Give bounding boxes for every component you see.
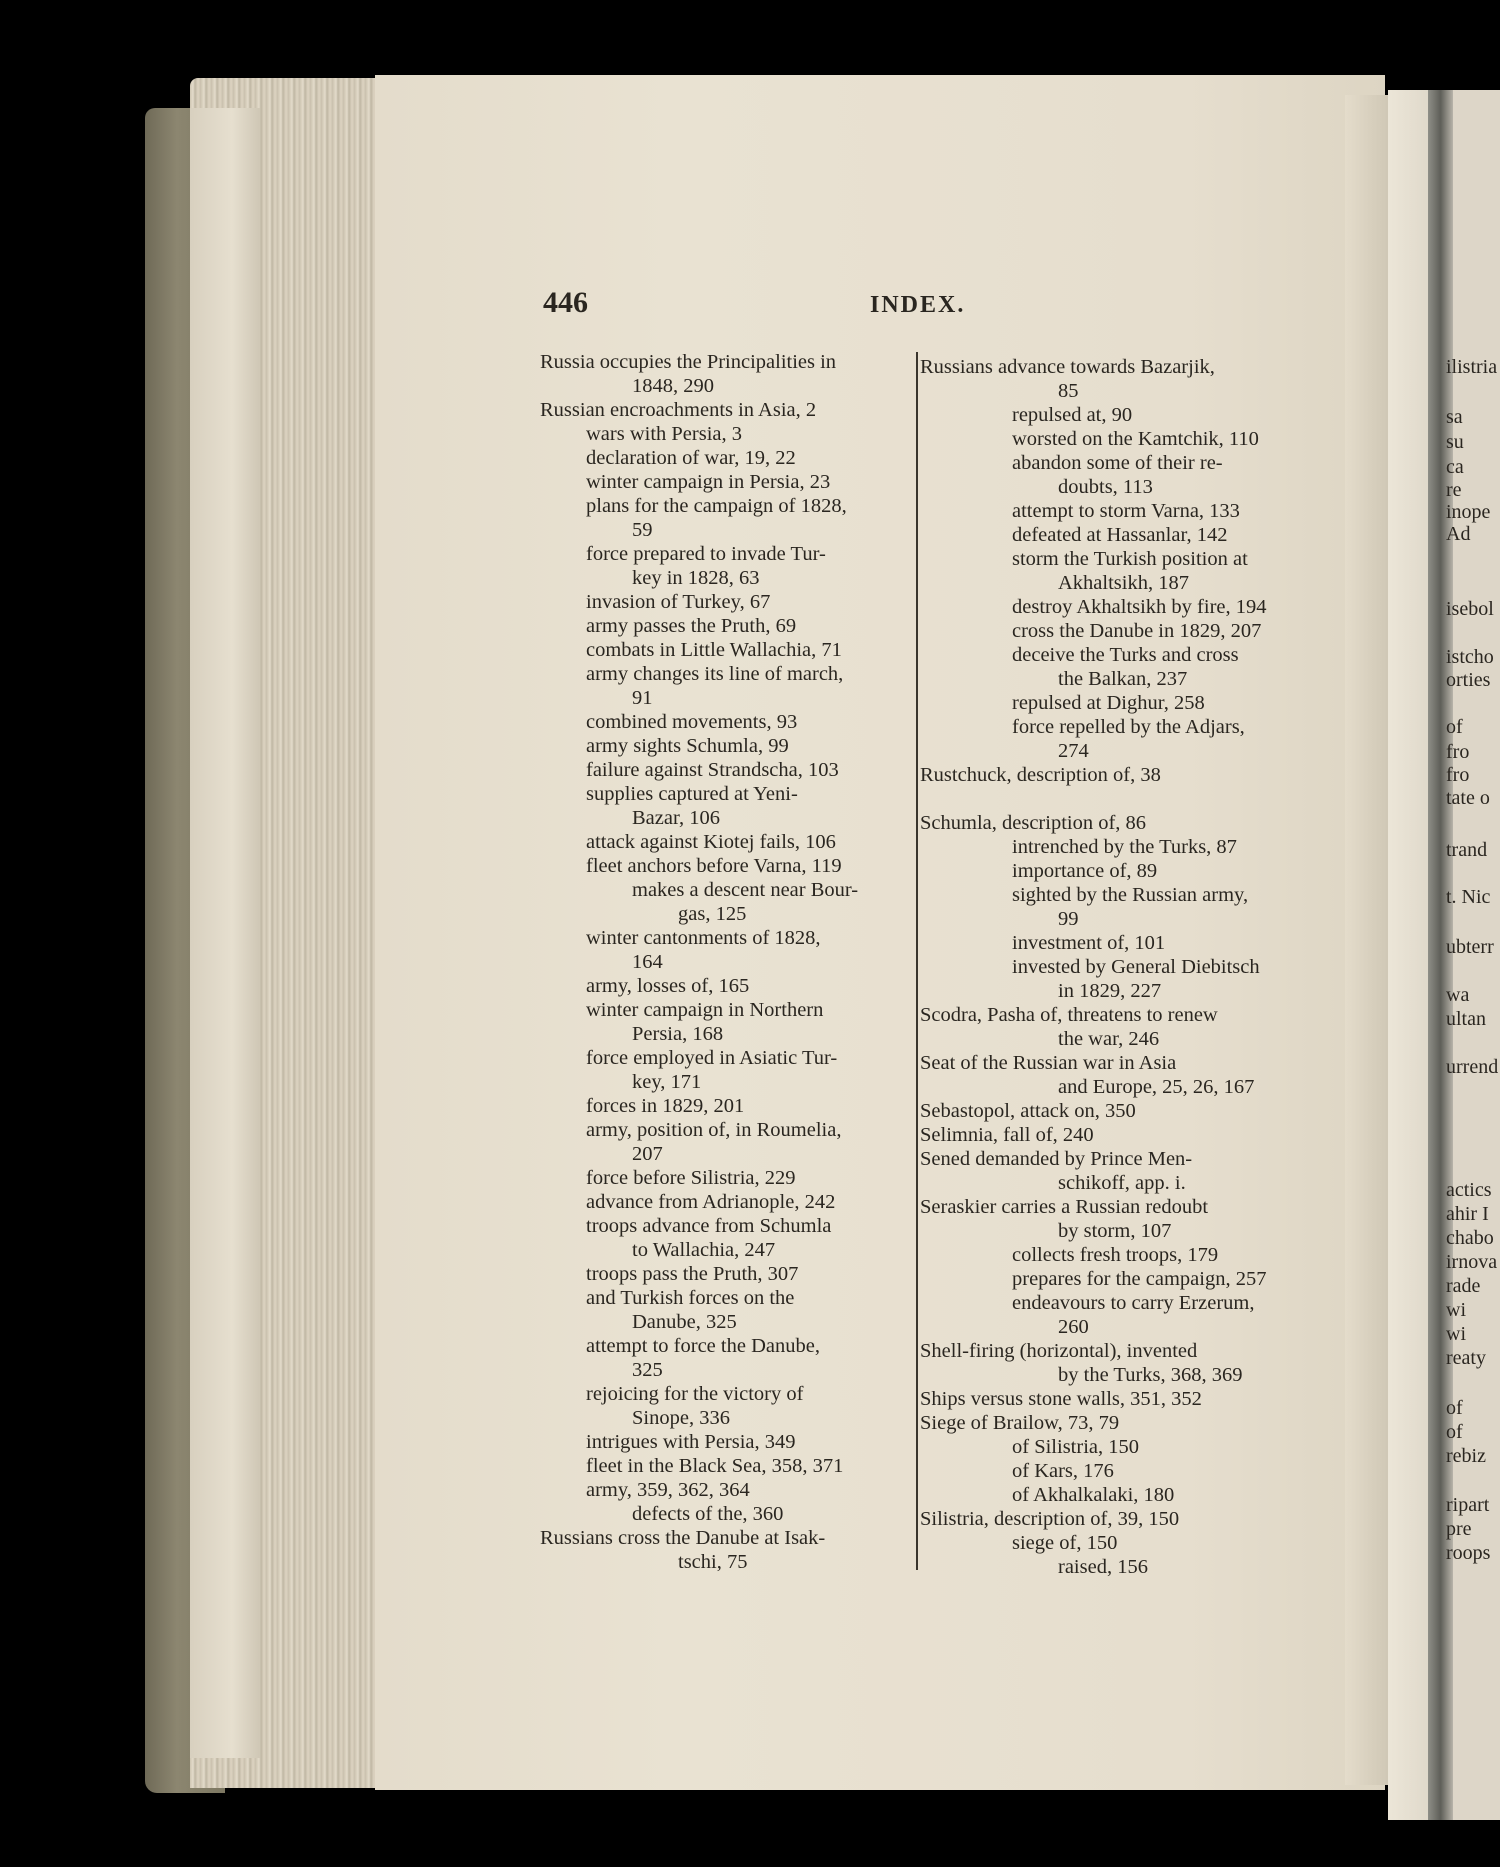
index-subentry: prepares for the campaign, 257	[920, 1267, 1300, 1291]
next-page-fragment: sa	[1446, 405, 1500, 429]
index-subentry: invasion of Turkey, 67	[540, 590, 920, 614]
next-page-fragment: re	[1446, 478, 1500, 502]
index-column-left: Russia occupies the Principalities in184…	[540, 350, 920, 1574]
next-page-fragment: ahir I	[1446, 1202, 1500, 1226]
index-entry: Scodra, Pasha of, threatens to renew	[920, 1003, 1300, 1027]
index-entry: Sebastopol, attack on, 350	[920, 1099, 1300, 1123]
index-subentry: of Silistria, 150	[920, 1435, 1300, 1459]
index-subentry: 1848, 290	[540, 374, 920, 398]
index-subentry: Akhaltsikh, 187	[920, 571, 1300, 595]
index-subentry: 260	[920, 1315, 1300, 1339]
next-page-fragment: trand	[1446, 838, 1500, 862]
next-page-fragment: irnova	[1446, 1250, 1500, 1274]
index-entry: Ships versus stone walls, 351, 352	[920, 1387, 1300, 1411]
index-subentry: 164	[540, 950, 920, 974]
index-subentry: worsted on the Kamtchik, 110	[920, 427, 1300, 451]
index-subentry: gas, 125	[540, 902, 920, 926]
index-column-right: Russians advance towards Bazarjik,85repu…	[920, 355, 1300, 1579]
index-subentry: attack against Kiotej fails, 106	[540, 830, 920, 854]
next-page-fragment: fro	[1446, 763, 1500, 787]
index-subentry: 85	[920, 379, 1300, 403]
index-subentry: supplies captured at Yeni-	[540, 782, 920, 806]
index-subentry: of Akhalkalaki, 180	[920, 1483, 1300, 1507]
index-subentry: in 1829, 227	[920, 979, 1300, 1003]
next-page-fragment: su	[1446, 430, 1500, 454]
next-page-fragment: rebiz	[1446, 1444, 1500, 1468]
index-subentry: advance from Adrianople, 242	[540, 1190, 920, 1214]
next-page-fragment: Ad	[1446, 522, 1500, 546]
index-subentry: rejoicing for the victory of	[540, 1382, 920, 1406]
index-subentry: force prepared to invade Tur-	[540, 542, 920, 566]
index-subentry: troops pass the Pruth, 307	[540, 1262, 920, 1286]
next-page-fragment: ubterr	[1446, 935, 1500, 959]
index-subentry: cross the Danube in 1829, 207	[920, 619, 1300, 643]
index-subentry: 99	[920, 907, 1300, 931]
next-page-fragment: actics	[1446, 1178, 1500, 1202]
index-subentry: force employed in Asiatic Tur-	[540, 1046, 920, 1070]
index-subentry: importance of, 89	[920, 859, 1300, 883]
index-subentry: failure against Strandscha, 103	[540, 758, 920, 782]
index-subentry: siege of, 150	[920, 1531, 1300, 1555]
index-subentry: repulsed at Dighur, 258	[920, 691, 1300, 715]
index-subentry: army sights Schumla, 99	[540, 734, 920, 758]
index-subentry: Bazar, 106	[540, 806, 920, 830]
index-subentry: schikoff, app. i.	[920, 1171, 1300, 1195]
next-page-fragment: istcho	[1446, 645, 1500, 669]
index-subentry: collects fresh troops, 179	[920, 1243, 1300, 1267]
index-subentry: winter campaign in Persia, 23	[540, 470, 920, 494]
index-subentry: force before Silistria, 229	[540, 1166, 920, 1190]
next-page-fragment: ca	[1446, 455, 1500, 479]
next-page-fragment: wa	[1446, 983, 1500, 1007]
index-subentry: and Turkish forces on the	[540, 1286, 920, 1310]
index-subentry: army, 359, 362, 364	[540, 1478, 920, 1502]
index-entry: Selimnia, fall of, 240	[920, 1123, 1300, 1147]
index-subentry: endeavours to carry Erzerum,	[920, 1291, 1300, 1315]
index-entry: Silistria, description of, 39, 150	[920, 1507, 1300, 1531]
index-subentry: 59	[540, 518, 920, 542]
next-page-fragment: wi	[1446, 1298, 1500, 1322]
index-subentry: tschi, 75	[540, 1550, 920, 1574]
next-page-fragment: orties	[1446, 668, 1500, 692]
index-subentry: Sinope, 336	[540, 1406, 920, 1430]
index-entry: Siege of Brailow, 73, 79	[920, 1411, 1300, 1435]
next-page-fragment: fro	[1446, 740, 1500, 764]
index-subentry: army changes its line of march,	[540, 662, 920, 686]
index-subentry: by storm, 107	[920, 1219, 1300, 1243]
index-subentry: attempt to force the Danube,	[540, 1334, 920, 1358]
next-page-fragment: wi	[1446, 1322, 1500, 1346]
index-subentry: 91	[540, 686, 920, 710]
next-page-fragment: ripart	[1446, 1493, 1500, 1517]
index-subentry: Persia, 168	[540, 1022, 920, 1046]
next-page-fragment: tate o	[1446, 786, 1500, 810]
index-subentry: defeated at Hassanlar, 142	[920, 523, 1300, 547]
index-subentry: fleet anchors before Varna, 119	[540, 854, 920, 878]
page-curl-strip	[1388, 90, 1428, 1820]
page-stack-edges	[190, 78, 375, 1788]
running-head: INDEX.	[870, 292, 965, 319]
index-subentry: 325	[540, 1358, 920, 1382]
index-subentry: attempt to storm Varna, 133	[920, 499, 1300, 523]
index-subentry: to Wallachia, 247	[540, 1238, 920, 1262]
index-subentry: the war, 246	[920, 1027, 1300, 1051]
index-subentry: winter cantonments of 1828,	[540, 926, 920, 950]
page-number: 446	[543, 286, 588, 320]
index-subentry: and Europe, 25, 26, 167	[920, 1075, 1300, 1099]
index-subentry: combined movements, 93	[540, 710, 920, 734]
page-gutter	[1345, 95, 1390, 1785]
index-entry: Seraskier carries a Russian redoubt	[920, 1195, 1300, 1219]
index-entry: Seat of the Russian war in Asia	[920, 1051, 1300, 1075]
index-subentry: declaration of war, 19, 22	[540, 446, 920, 470]
index-subentry: of Kars, 176	[920, 1459, 1300, 1483]
index-subentry: forces in 1829, 201	[540, 1094, 920, 1118]
index-subentry: the Balkan, 237	[920, 667, 1300, 691]
next-page-fragment: roops	[1446, 1541, 1500, 1565]
index-subentry: repulsed at, 90	[920, 403, 1300, 427]
column-divider	[916, 352, 918, 1570]
next-page-fragment: isebol	[1446, 597, 1500, 621]
index-subentry: storm the Turkish position at	[920, 547, 1300, 571]
index-subentry: plans for the campaign of 1828,	[540, 494, 920, 518]
index-subentry: key, 171	[540, 1070, 920, 1094]
index-subentry: army passes the Pruth, 69	[540, 614, 920, 638]
index-subentry: Danube, 325	[540, 1310, 920, 1334]
index-subentry: makes a descent near Bour-	[540, 878, 920, 902]
index-entry: Russian encroachments in Asia, 2	[540, 398, 920, 422]
index-entry: Russians advance towards Bazarjik,	[920, 355, 1300, 379]
index-subentry: army, position of, in Roumelia,	[540, 1118, 920, 1142]
index-subentry: fleet in the Black Sea, 358, 371	[540, 1454, 920, 1478]
index-subentry: 207	[540, 1142, 920, 1166]
next-page-fragment: t. Nic	[1446, 885, 1500, 909]
next-page-fragment: ilistria	[1446, 355, 1500, 379]
index-subentry: invested by General Diebitsch	[920, 955, 1300, 979]
index-subentry: sighted by the Russian army,	[920, 883, 1300, 907]
entry-gap	[920, 787, 1300, 811]
index-subentry: combats in Little Wallachia, 71	[540, 638, 920, 662]
index-subentry: raised, 156	[920, 1555, 1300, 1579]
index-entry: Sened demanded by Prince Men-	[920, 1147, 1300, 1171]
index-subentry: wars with Persia, 3	[540, 422, 920, 446]
next-page-fragment: reaty	[1446, 1346, 1500, 1370]
next-page-fragment: of	[1446, 1396, 1500, 1420]
index-subentry: defects of the, 360	[540, 1502, 920, 1526]
index-subentry: intrenched by the Turks, 87	[920, 835, 1300, 859]
next-page-fragment: of	[1446, 715, 1500, 739]
index-entry: Shell-firing (horizontal), invented	[920, 1339, 1300, 1363]
next-page-fragment: inope	[1446, 500, 1500, 524]
index-entry: Russians cross the Danube at Isak-	[540, 1526, 920, 1550]
index-subentry: destroy Akhaltsikh by fire, 194	[920, 595, 1300, 619]
next-page-fragment: rade	[1446, 1274, 1500, 1298]
index-entry: Rustchuck, description of, 38	[920, 763, 1300, 787]
index-subentry: abandon some of their re-	[920, 451, 1300, 475]
index-subentry: army, losses of, 165	[540, 974, 920, 998]
index-subentry: force repelled by the Adjars,	[920, 715, 1300, 739]
next-page-fragment: pre	[1446, 1517, 1500, 1541]
next-page-fragment: chabo	[1446, 1226, 1500, 1250]
index-entry: Russia occupies the Principalities in	[540, 350, 920, 374]
index-subentry: troops advance from Schumla	[540, 1214, 920, 1238]
index-subentry: intrigues with Persia, 349	[540, 1430, 920, 1454]
next-page-fragment: urrend	[1446, 1055, 1500, 1079]
next-page-fragment: ultan	[1446, 1007, 1500, 1031]
index-subentry: key in 1828, 63	[540, 566, 920, 590]
index-subentry: deceive the Turks and cross	[920, 643, 1300, 667]
next-page-fragment: of	[1446, 1420, 1500, 1444]
index-subentry: by the Turks, 368, 369	[920, 1363, 1300, 1387]
index-subentry: doubts, 113	[920, 475, 1300, 499]
index-subentry: winter campaign in Northern	[540, 998, 920, 1022]
index-subentry: investment of, 101	[920, 931, 1300, 955]
index-entry: Schumla, description of, 86	[920, 811, 1300, 835]
index-subentry: 274	[920, 739, 1300, 763]
